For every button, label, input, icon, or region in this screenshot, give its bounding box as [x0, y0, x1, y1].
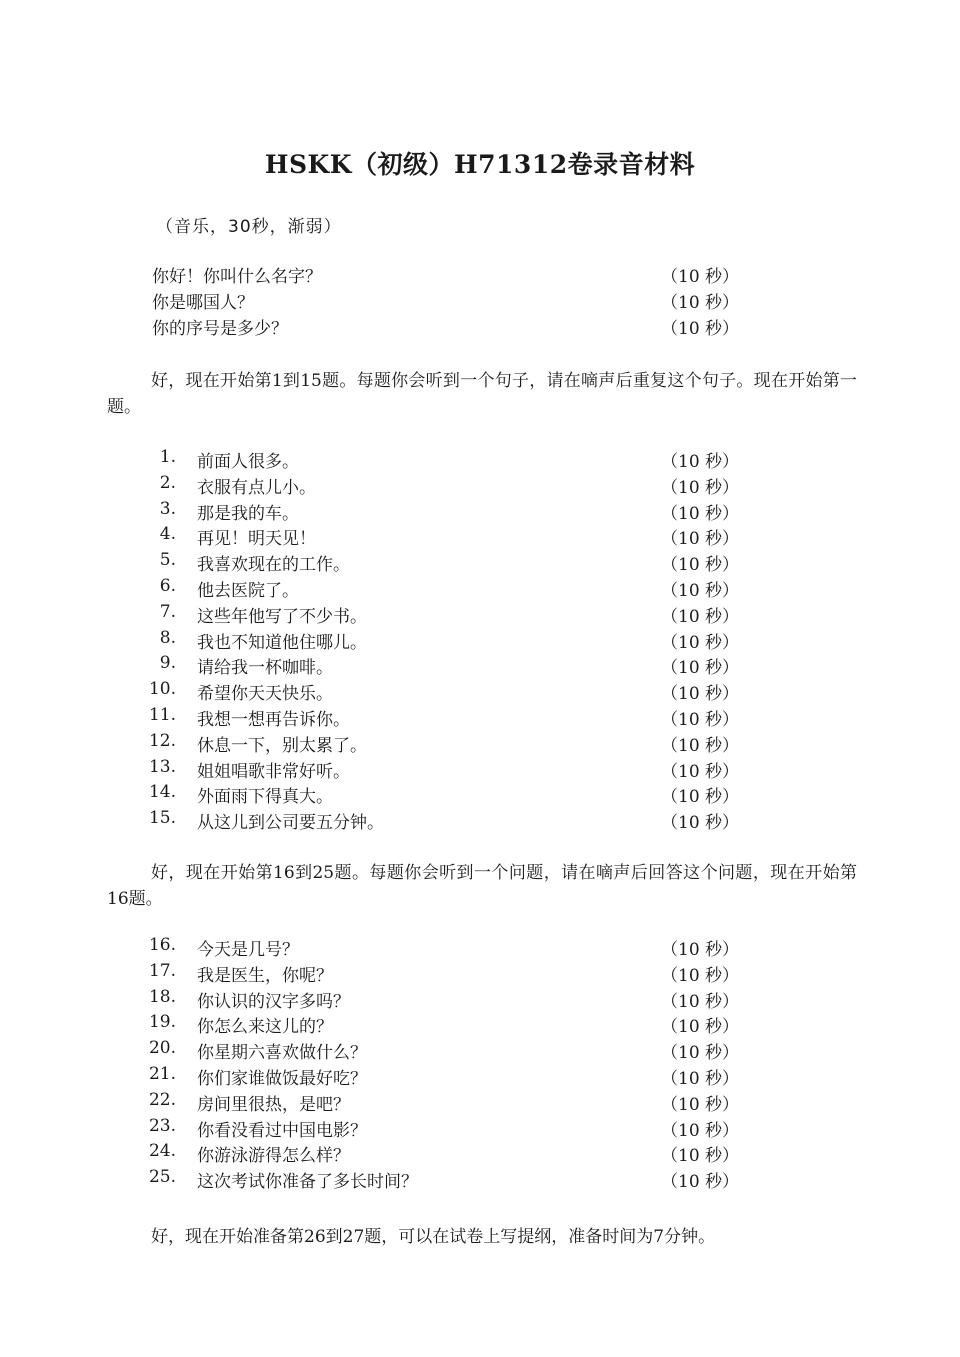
question-number: 15. [140, 808, 176, 828]
question-row: 16.今天是几号？（10 秒） [0, 935, 960, 961]
time-label: （10 秒） [661, 550, 739, 575]
question-number: 18. [140, 987, 176, 1007]
time-label: （10 秒） [661, 1116, 739, 1141]
question-row: 22.房间里很热，是吧？（10 秒） [0, 1090, 960, 1116]
question-text: 从这儿到公司要五分钟。 [197, 808, 384, 833]
question-text: 请给我一杯咖啡。 [197, 653, 333, 678]
question-number: 6. [140, 576, 176, 596]
time-label: （10 秒） [661, 499, 739, 524]
question-text: 他去医院了。 [197, 576, 299, 601]
question-text: 你星期六喜欢做什么？ [197, 1038, 367, 1063]
time-label: （10 秒） [661, 473, 739, 498]
time-label: （10 秒） [661, 757, 739, 782]
question-row: 7.这些年他写了不少书。（10 秒） [0, 602, 960, 628]
question-text: 你游泳游得怎么样？ [197, 1141, 350, 1166]
question-number: 2. [140, 473, 176, 493]
time-label: （10 秒） [661, 782, 739, 807]
question-row: 24.你游泳游得怎么样？（10 秒） [0, 1141, 960, 1167]
question-number: 13. [140, 757, 176, 777]
question-row: 1.前面人很多。（10 秒） [0, 447, 960, 473]
time-label: （10 秒） [661, 705, 739, 730]
time-label: （10 秒） [661, 731, 739, 756]
question-number: 9. [140, 653, 176, 673]
time-label: （10 秒） [661, 1064, 739, 1089]
music-note: （音乐，30秒，渐弱） [156, 212, 342, 237]
question-row: 11.我想一想再告诉你。（10 秒） [0, 705, 960, 731]
question-text: 希望你天天快乐。 [197, 679, 333, 704]
time-label: （10 秒） [661, 262, 739, 287]
question-row: 14.外面雨下得真大。（10 秒） [0, 782, 960, 808]
time-label: （10 秒） [661, 1012, 739, 1037]
question-text: 我是医生，你呢？ [197, 961, 333, 986]
intro-question: 你的序号是多少？ [152, 314, 288, 339]
question-text: 那是我的车。 [197, 499, 299, 524]
question-row: 25.这次考试你准备了多长时间？（10 秒） [0, 1167, 960, 1193]
question-row: 8.我也不知道他住哪儿。（10 秒） [0, 628, 960, 654]
time-label: （10 秒） [661, 808, 739, 833]
time-label: （10 秒） [661, 935, 739, 960]
time-label: （10 秒） [661, 524, 739, 549]
question-text: 你们家谁做饭最好吃？ [197, 1064, 367, 1089]
question-text: 你看没看过中国电影？ [197, 1116, 367, 1141]
question-text: 今天是几号？ [197, 935, 299, 960]
question-number: 3. [140, 499, 176, 519]
question-text: 你认识的汉字多吗？ [197, 987, 350, 1012]
intro-row: 你的序号是多少？ （10 秒） [0, 314, 960, 340]
time-label: （10 秒） [661, 653, 739, 678]
question-text: 我想一想再告诉你。 [197, 705, 350, 730]
question-number: 5. [140, 550, 176, 570]
question-number: 1. [140, 447, 176, 467]
question-number: 21. [140, 1064, 176, 1084]
question-text: 再见！明天见！ [197, 524, 316, 549]
question-number: 12. [140, 731, 176, 751]
intro-question: 你好！你叫什么名字？ [152, 262, 322, 287]
question-number: 22. [140, 1090, 176, 1110]
question-number: 4. [140, 524, 176, 544]
question-row: 2.衣服有点儿小。（10 秒） [0, 473, 960, 499]
question-row: 21.你们家谁做饭最好吃？（10 秒） [0, 1064, 960, 1090]
question-row: 9.请给我一杯咖啡。（10 秒） [0, 653, 960, 679]
question-number: 20. [140, 1038, 176, 1058]
question-text: 我也不知道他住哪儿。 [197, 628, 367, 653]
question-row: 5.我喜欢现在的工作。（10 秒） [0, 550, 960, 576]
question-text: 这些年他写了不少书。 [197, 602, 367, 627]
question-text: 外面雨下得真大。 [197, 782, 333, 807]
question-row: 12.休息一下，别太累了。（10 秒） [0, 731, 960, 757]
question-row: 20.你星期六喜欢做什么？（10 秒） [0, 1038, 960, 1064]
question-number: 16. [140, 935, 176, 955]
section3-instruction: 好，现在开始准备第26到27题，可以在试卷上写提纲，准备时间为7分钟。 [151, 1222, 715, 1247]
time-label: （10 秒） [661, 628, 739, 653]
question-text: 房间里很热，是吧？ [197, 1090, 350, 1115]
question-number: 11. [140, 705, 176, 725]
question-text: 衣服有点儿小。 [197, 473, 316, 498]
question-text: 休息一下，别太累了。 [197, 731, 367, 756]
time-label: （10 秒） [661, 602, 739, 627]
question-row: 10.希望你天天快乐。（10 秒） [0, 679, 960, 705]
time-label: （10 秒） [661, 447, 739, 472]
question-row: 18.你认识的汉字多吗？（10 秒） [0, 987, 960, 1013]
question-row: 3.那是我的车。（10 秒） [0, 499, 960, 525]
time-label: （10 秒） [661, 576, 739, 601]
time-label: （10 秒） [661, 961, 739, 986]
question-text: 姐姐唱歌非常好听。 [197, 757, 350, 782]
question-text: 我喜欢现在的工作。 [197, 550, 350, 575]
time-label: （10 秒） [661, 1167, 739, 1192]
intro-row: 你好！你叫什么名字？ （10 秒） [0, 262, 960, 288]
time-label: （10 秒） [661, 1038, 739, 1063]
time-label: （10 秒） [661, 679, 739, 704]
question-number: 17. [140, 961, 176, 981]
question-number: 7. [140, 602, 176, 622]
question-row: 15.从这儿到公司要五分钟。（10 秒） [0, 808, 960, 834]
question-number: 23. [140, 1116, 176, 1136]
intro-question: 你是哪国人？ [152, 288, 254, 313]
time-label: （10 秒） [661, 987, 739, 1012]
document-title: HSKK（初级）H71312卷录音材料 [0, 145, 960, 181]
question-row: 23.你看没看过中国电影？（10 秒） [0, 1116, 960, 1142]
question-row: 6.他去医院了。（10 秒） [0, 576, 960, 602]
question-number: 24. [140, 1141, 176, 1161]
time-label: （10 秒） [661, 314, 739, 339]
question-number: 10. [140, 679, 176, 699]
intro-row: 你是哪国人？ （10 秒） [0, 288, 960, 314]
question-number: 8. [140, 628, 176, 648]
question-row: 19.你怎么来这儿的？（10 秒） [0, 1012, 960, 1038]
question-number: 14. [140, 782, 176, 802]
question-row: 17.我是医生，你呢？（10 秒） [0, 961, 960, 987]
question-text: 你怎么来这儿的？ [197, 1012, 333, 1037]
question-row: 4.再见！明天见！（10 秒） [0, 524, 960, 550]
question-number: 19. [140, 1012, 176, 1032]
question-text: 前面人很多。 [197, 447, 299, 472]
section1-instruction: 好，现在开始第1到15题。每题你会听到一个句子，请在嘀声后重复这个句子。现在开始… [107, 368, 857, 420]
time-label: （10 秒） [661, 1141, 739, 1166]
time-label: （10 秒） [661, 288, 739, 313]
section2-instruction: 好，现在开始第16到25题。每题你会听到一个问题，请在嘀声后回答这个问题，现在开… [107, 860, 857, 912]
time-label: （10 秒） [661, 1090, 739, 1115]
question-row: 13.姐姐唱歌非常好听。（10 秒） [0, 757, 960, 783]
question-text: 这次考试你准备了多长时间？ [197, 1167, 418, 1192]
question-number: 25. [140, 1167, 176, 1187]
